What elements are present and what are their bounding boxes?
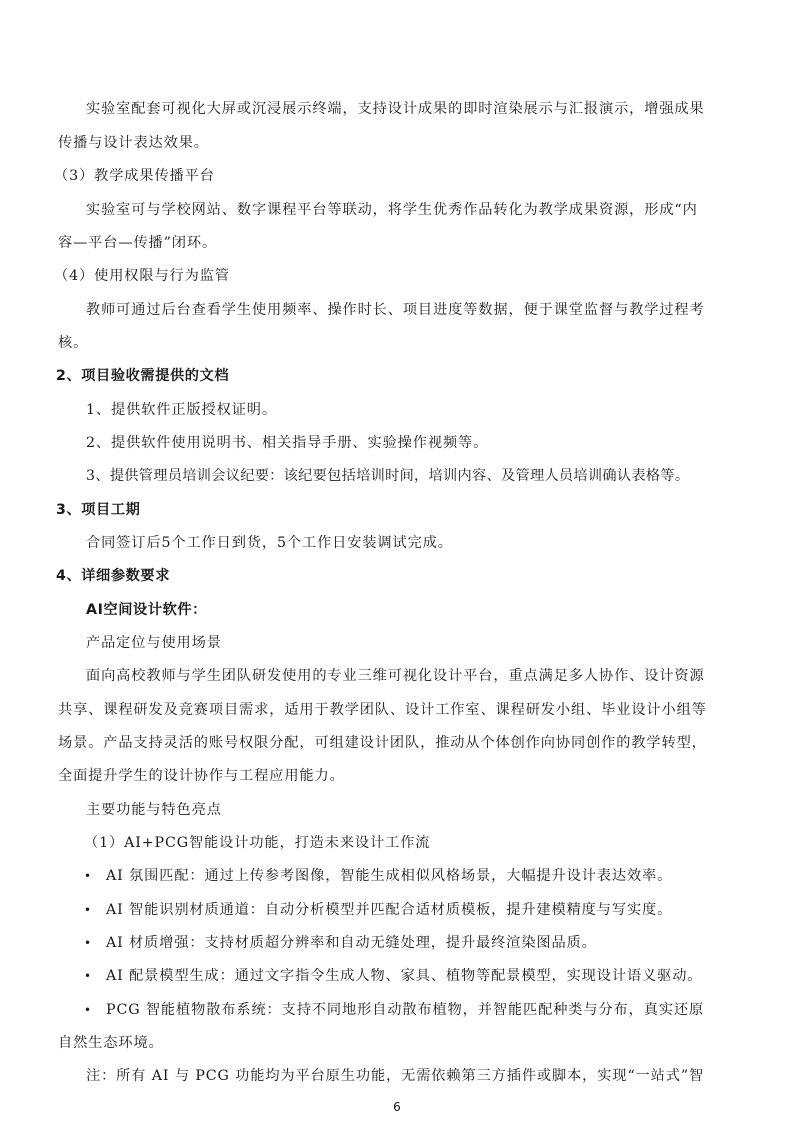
paragraph-line: 面向高校教师与学生团队研发使用的专业三维可视化设计平台，重点满足多人协作、设计资… [86, 666, 705, 686]
bullet-icon: • [84, 966, 106, 986]
bullet-item: •PCG 智能植物散布系统：支持不同地形自动散布植物，并智能匹配种类与分布，真实… [84, 1000, 704, 1020]
bullet-item: •AI 材质增强：支持材质超分辨率和自动无缝处理，提升最终渲染图品质。 [84, 933, 597, 953]
paragraph-line: 实验室配套可视化大屏或沉浸展示终端，支持设计成果的即时渲染展示与汇报演示，增强成… [86, 99, 705, 119]
bullet-text: PCG 智能植物散布系统：支持不同地形自动散布植物，并智能匹配种类与分布，真实还… [106, 1002, 704, 1018]
paragraph-line: 实验室可与学校网站、数字课程平台等联动，将学生优秀作品转化为教学成果资源，形成“… [86, 200, 698, 220]
subsection-heading: （4）使用权限与行为监管 [54, 266, 230, 286]
paragraph-line: 共享、课程研发及竞赛项目需求，适用于教学团队、设计工作室、课程研发小组、毕业设计… [58, 700, 707, 720]
paragraph-title: 产品定位与使用场景 [86, 633, 222, 653]
paragraph-line: 核。 [58, 333, 88, 353]
subsection-heading: （3）教学成果传播平台 [54, 166, 215, 186]
section-heading: 2、项目验收需提供的文档 [56, 366, 229, 386]
paragraph-line: 传播与设计表达效果。 [58, 133, 209, 153]
paragraph-line: 场景。产品支持灵活的账号权限分配，可组建设计团队，推动从个体创作向协同创作的教学… [58, 733, 707, 753]
page-number: 6 [0, 1100, 794, 1114]
paragraph-line: 教师可通过后台查看学生使用频率、操作时长、项目进度等数据，便于课堂监督与教学过程… [86, 300, 705, 320]
list-item: 1、提供软件正版授权证明。 [86, 400, 277, 420]
note-line: 注：所有 AI 与 PCG 功能均为平台原生功能，无需依赖第三方插件或脚本，实现… [86, 1066, 704, 1086]
paragraph-line: 全面提升学生的设计协作与工程应用能力。 [58, 766, 345, 786]
bullet-text: AI 智能识别材质通道：自动分析模型并匹配合适材质模板，提升建模精度与写实度。 [106, 902, 672, 918]
paragraph-line: 自然生态环境。 [58, 1033, 164, 1053]
bullet-icon: • [84, 1000, 106, 1020]
bullet-item: •AI 配景模型生成：通过文字指令生成人物、家具、植物等配景模型，实现设计语义驱… [84, 966, 702, 986]
bullet-text: AI 材质增强：支持材质超分辨率和自动无缝处理，提升最终渲染图品质。 [106, 935, 597, 951]
bullet-text: AI 配景模型生成：通过文字指令生成人物、家具、植物等配景模型，实现设计语义驱动… [106, 968, 702, 984]
document-page: 实验室配套可视化大屏或沉浸展示终端，支持设计成果的即时渲染展示与汇报演示，增强成… [0, 0, 794, 1122]
section-heading: 4、详细参数要求 [56, 566, 170, 586]
bullet-item: •AI 智能识别材质通道：自动分析模型并匹配合适材质模板，提升建模精度与写实度。 [84, 900, 672, 920]
paragraph-title: 主要功能与特色亮点 [86, 800, 222, 820]
list-item: 3、提供管理员培训会议纪要：该纪要包括培训时间，培训内容、及管理人员培训确认表格… [86, 466, 689, 486]
paragraph-line: 合同签订后5个工作日到货，5个工作日安装调试完成。 [86, 533, 453, 553]
list-item: 2、提供软件使用说明书、相关指导手册、实验操作视频等。 [86, 433, 488, 453]
bullet-icon: • [84, 866, 106, 886]
section-heading: 3、项目工期 [56, 500, 140, 520]
bullet-icon: • [84, 900, 106, 920]
bullet-text: AI 氛围匹配：通过上传参考图像，智能生成相似风格场景，大幅提升设计表达效率。 [106, 868, 672, 884]
subsection-heading: AI空间设计软件： [86, 600, 207, 620]
bullet-icon: • [84, 933, 106, 953]
bullet-item: •AI 氛围匹配：通过上传参考图像，智能生成相似风格场景，大幅提升设计表达效率。 [84, 866, 672, 886]
paragraph-line: 容—平台—传播”闭环。 [58, 233, 217, 253]
subsection-heading: （1）AI+PCG智能设计功能，打造未来设计工作流 [84, 833, 430, 853]
